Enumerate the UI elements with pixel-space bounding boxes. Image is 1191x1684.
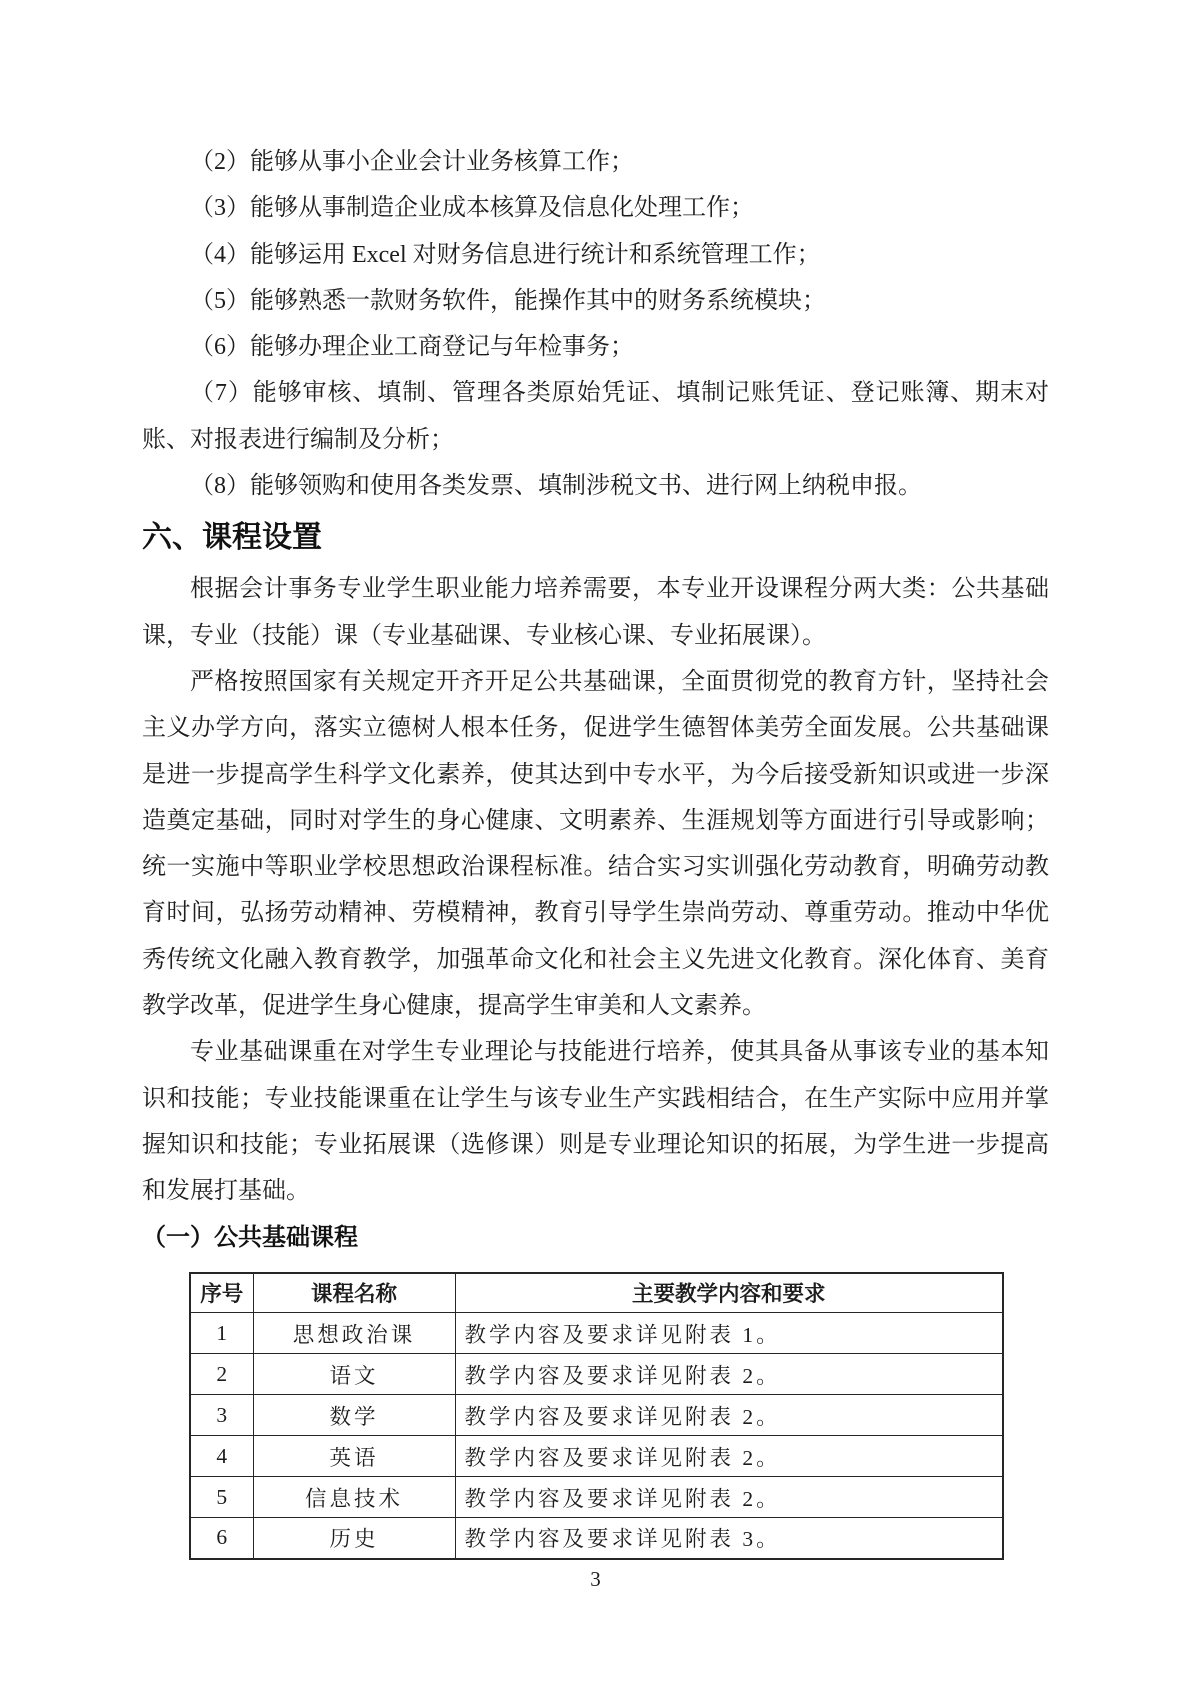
cell-no: 4	[190, 1436, 253, 1477]
table-row: 5 信息技术 教学内容及要求详见附表 2。	[190, 1477, 1003, 1518]
body-paragraph: 专业基础课重在对学生专业理论与技能进行培养，使其具备从事该专业的基本知识和技能；…	[142, 1029, 1049, 1214]
table-row: 2 语文 教学内容及要求详见附表 2。	[190, 1354, 1003, 1395]
cell-course-name: 思想政治课	[253, 1313, 455, 1354]
cell-no: 3	[190, 1395, 253, 1436]
capability-item: （2）能够从事小企业会计业务核算工作；	[142, 139, 1049, 185]
cell-content: 教学内容及要求详见附表 2。	[455, 1354, 1003, 1395]
header-cell-no: 序号	[190, 1273, 253, 1313]
cell-no: 2	[190, 1354, 253, 1395]
table-header-row: 序号 课程名称 主要教学内容和要求	[190, 1273, 1003, 1313]
cell-no: 1	[190, 1313, 253, 1354]
section-heading-course-setup: 六、课程设置	[142, 509, 1049, 566]
table-row: 1 思想政治课 教学内容及要求详见附表 1。	[190, 1313, 1003, 1354]
capability-item: （4）能够运用 Excel 对财务信息进行统计和系统管理工作；	[142, 232, 1049, 278]
public-basic-courses-table: 序号 课程名称 主要教学内容和要求 1 思想政治课 教学内容及要求详见附表 1。…	[189, 1272, 1004, 1560]
cell-course-name: 语文	[253, 1354, 455, 1395]
cell-course-name: 数学	[253, 1395, 455, 1436]
capability-item: （5）能够熟悉一款财务软件，能操作其中的财务系统模块；	[142, 278, 1049, 324]
cell-no: 5	[190, 1477, 253, 1518]
header-cell-content: 主要教学内容和要求	[455, 1273, 1003, 1313]
capability-item: （7）能够审核、填制、管理各类原始凭证、填制记账凭证、登记账簿、期末对账、对报表…	[142, 370, 1049, 463]
cell-course-name: 信息技术	[253, 1477, 455, 1518]
header-cell-course-name: 课程名称	[253, 1273, 455, 1313]
cell-course-name: 英语	[253, 1436, 455, 1477]
cell-no: 6	[190, 1518, 253, 1559]
capability-item: （3）能够从事制造企业成本核算及信息化处理工作；	[142, 185, 1049, 231]
body-paragraph: 严格按照国家有关规定开齐开足公共基础课，全面贯彻党的教育方针，坚持社会主义办学方…	[142, 659, 1049, 1029]
document-page: （2）能够从事小企业会计业务核算工作； （3）能够从事制造企业成本核算及信息化处…	[0, 0, 1191, 1684]
table-row: 4 英语 教学内容及要求详见附表 2。	[190, 1436, 1003, 1477]
body-paragraph: 根据会计事务专业学生职业能力培养需要，本专业开设课程分两大类：公共基础课，专业（…	[142, 566, 1049, 659]
table-row: 6 历史 教学内容及要求详见附表 3。	[190, 1518, 1003, 1559]
cell-content: 教学内容及要求详见附表 3。	[455, 1518, 1003, 1559]
capability-item: （8）能够领购和使用各类发票、填制涉税文书、进行网上纳税申报。	[142, 463, 1049, 509]
cell-content: 教学内容及要求详见附表 2。	[455, 1395, 1003, 1436]
cell-course-name: 历史	[253, 1518, 455, 1559]
cell-content: 教学内容及要求详见附表 2。	[455, 1477, 1003, 1518]
capability-item: （6）能够办理企业工商登记与年检事务；	[142, 324, 1049, 370]
cell-content: 教学内容及要求详见附表 2。	[455, 1436, 1003, 1477]
subsection-heading-public-basic-courses: （一）公共基础课程	[142, 1215, 1049, 1260]
table-row: 3 数学 教学内容及要求详见附表 2。	[190, 1395, 1003, 1436]
page-number: 3	[142, 1564, 1049, 1594]
cell-content: 教学内容及要求详见附表 1。	[455, 1313, 1003, 1354]
